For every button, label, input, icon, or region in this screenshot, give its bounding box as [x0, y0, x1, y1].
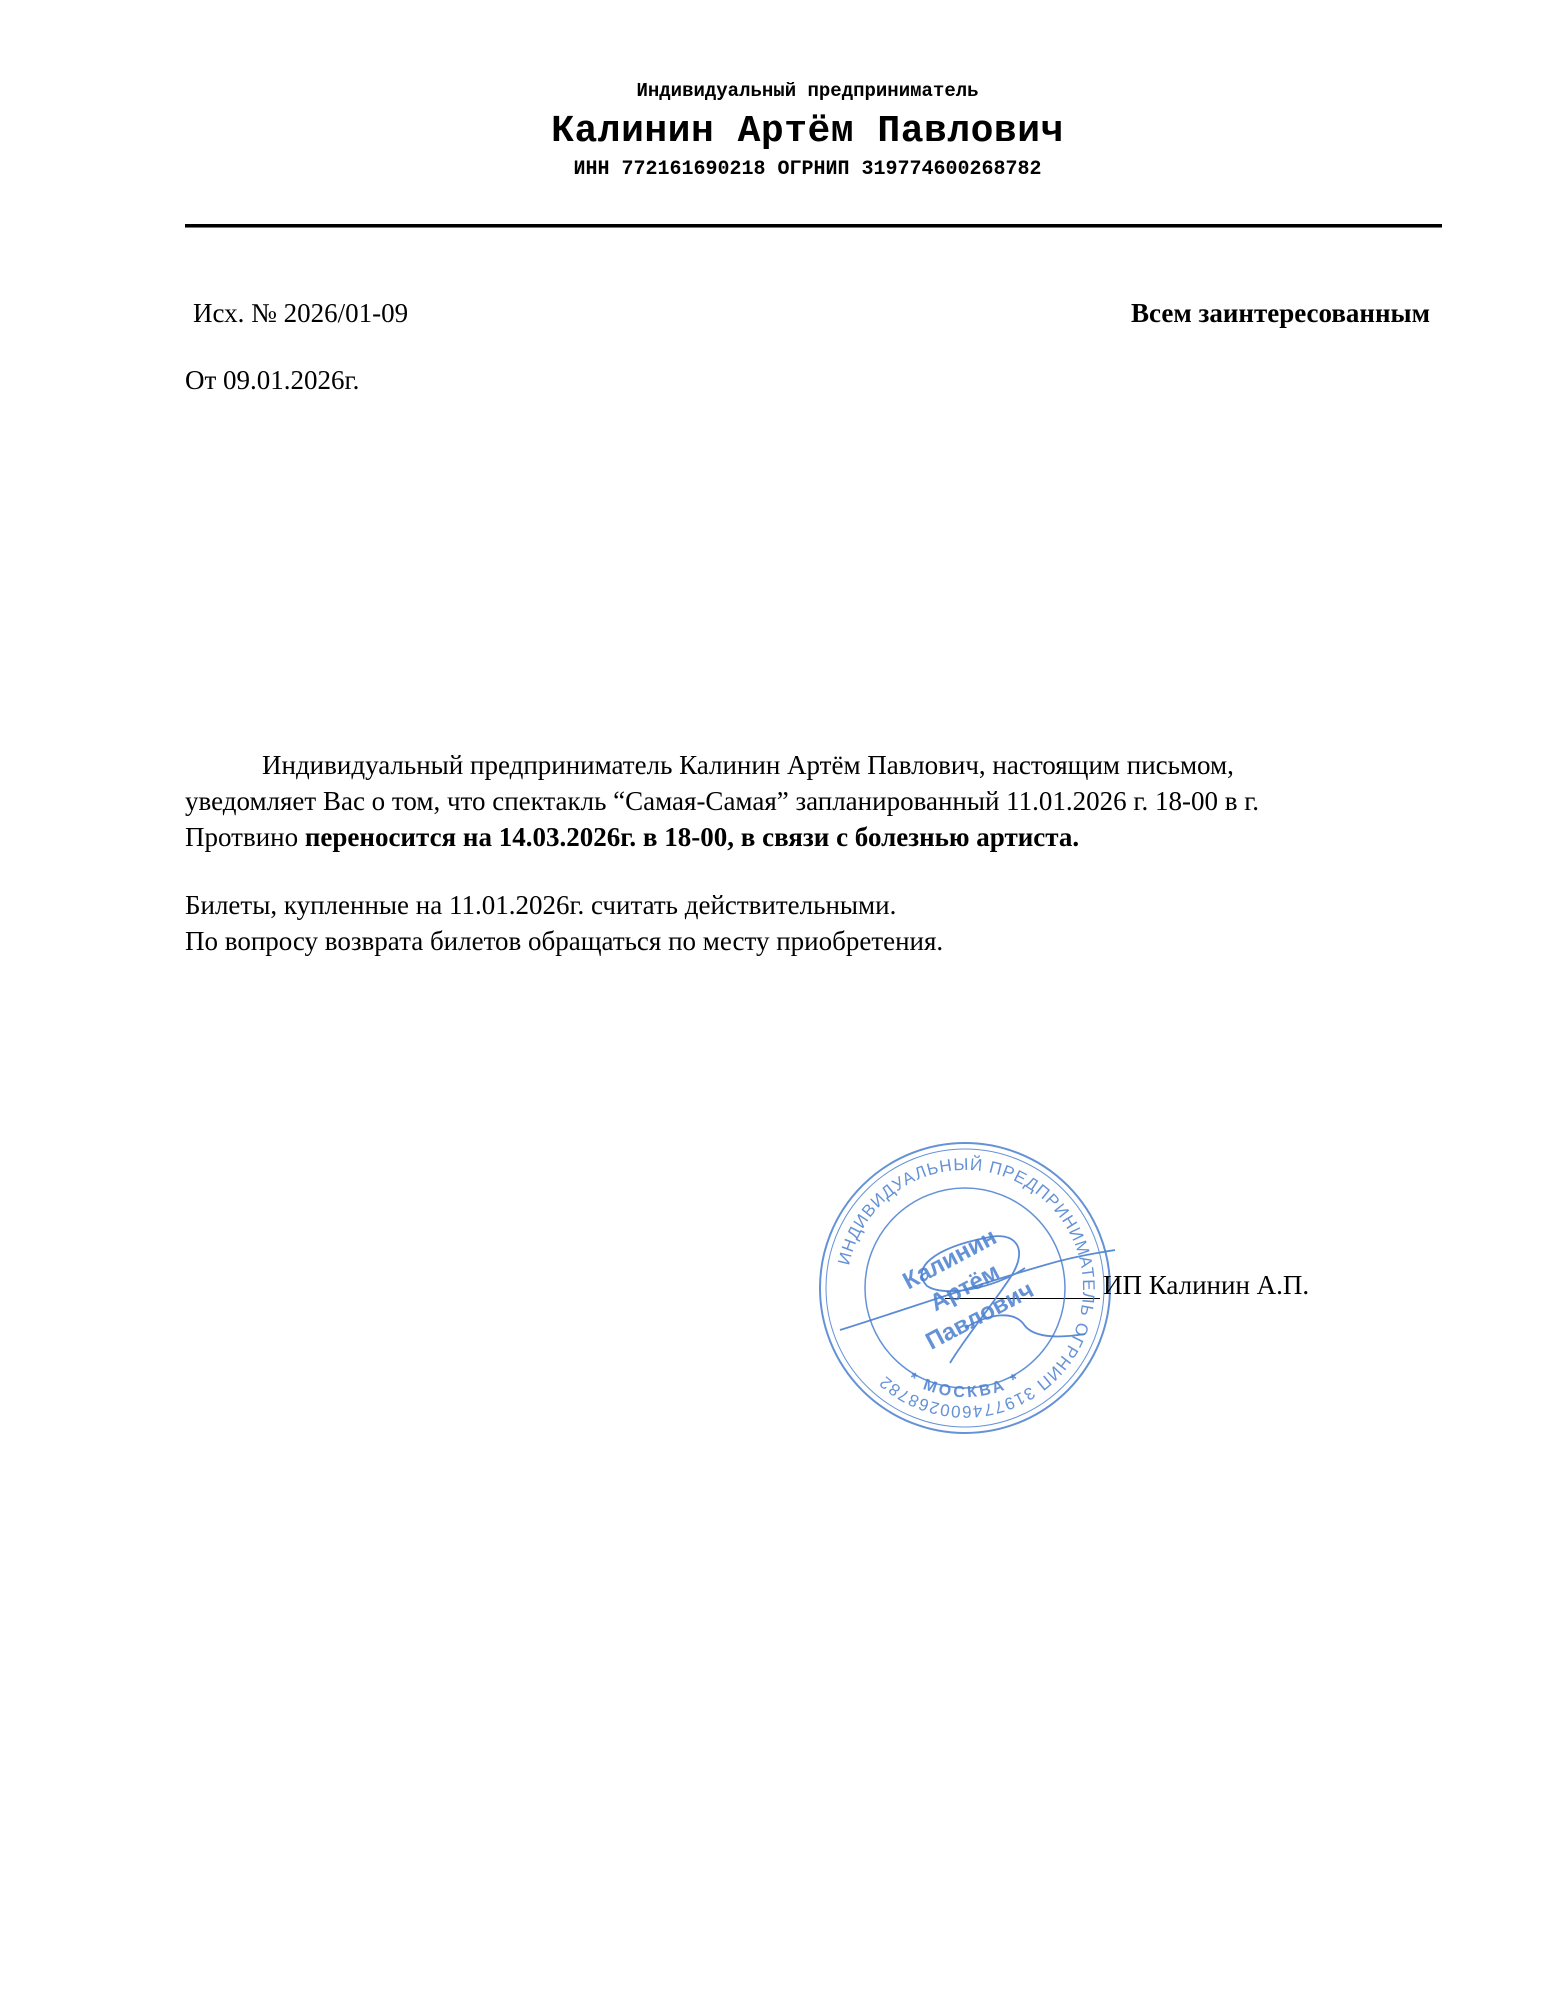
body-paragraph-1-line-2: уведомляет Вас о том, что спектакль “Сам…: [185, 788, 1259, 815]
company-stamp: ИНДИВИДУАЛЬНЫЙ ПРЕДПРИНИМАТЕЛЬ ОГРНИП 31…: [815, 1138, 1115, 1438]
body-paragraph-1-line-1: Индивидуальный предприниматель Калинин А…: [262, 752, 1234, 779]
reschedule-notice: переносится на 14.03.2026г. в 18-00, в с…: [305, 822, 1079, 852]
body-paragraph-1-line-3: Протвино переносится на 14.03.2026г. в 1…: [185, 824, 1079, 851]
letterhead-divider: [185, 224, 1442, 228]
addressee: Всем заинтересованным: [1131, 300, 1430, 327]
letter-date: От 09.01.2026г.: [185, 367, 359, 394]
letterhead-ids: ИНН 772161690218 ОГРНИП 319774600268782: [0, 158, 1545, 181]
signer-name: ИП Калинин А.П.: [1103, 1272, 1309, 1299]
body-paragraph-2-line-1: Билеты, купленные на 11.01.2026г. считат…: [185, 892, 896, 919]
city-text: Протвино: [185, 822, 305, 852]
body-paragraph-2-line-2: По вопросу возврата билетов обращаться п…: [185, 928, 943, 955]
letterhead-entity-type: Индивидуальный предприниматель: [0, 80, 1545, 102]
letterhead-name: Калинин Артём Павлович: [0, 110, 1545, 153]
outgoing-number: Исх. № 2026/01-09: [193, 300, 408, 327]
